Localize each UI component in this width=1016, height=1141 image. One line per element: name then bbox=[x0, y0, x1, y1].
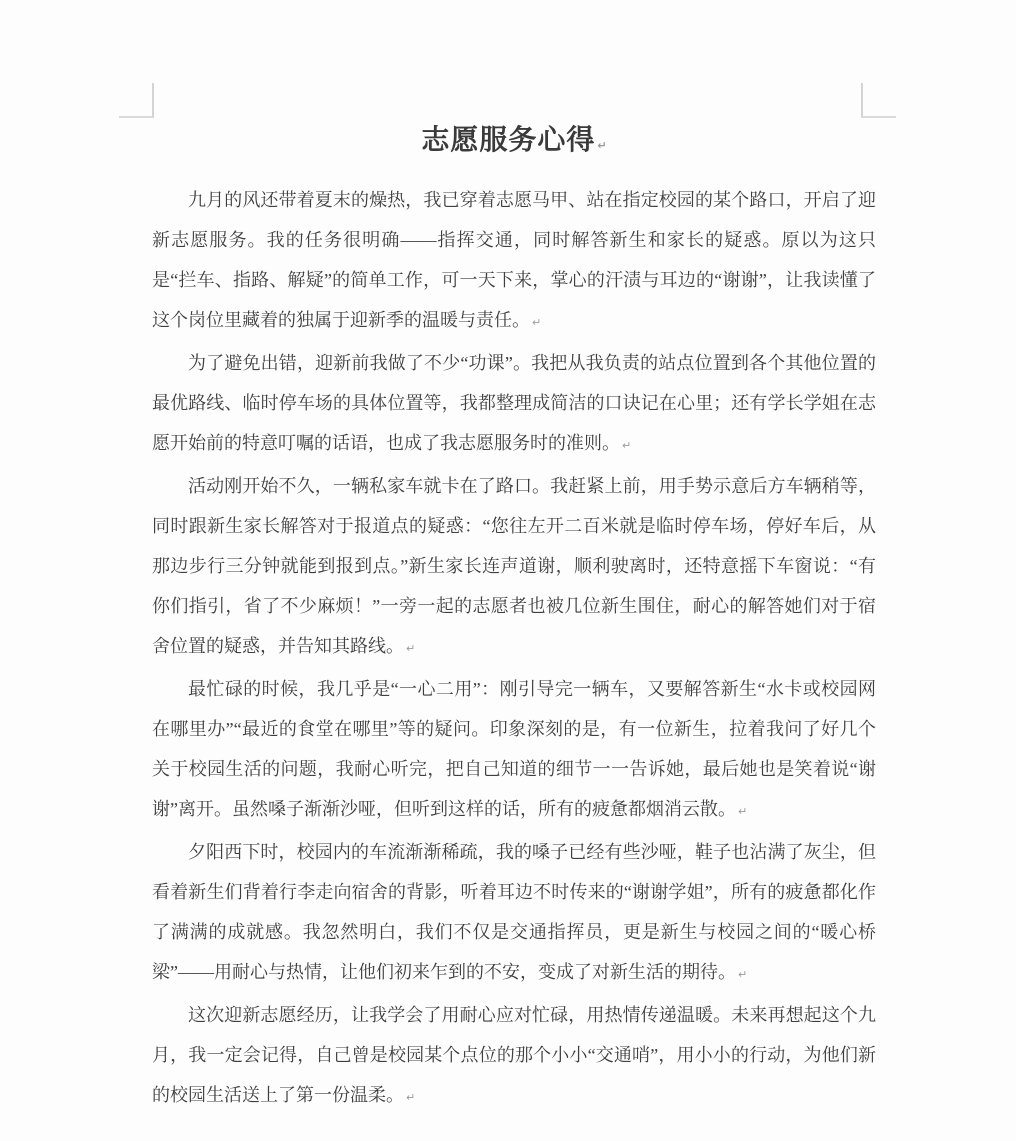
document-title-text: 志愿服务心得 bbox=[421, 125, 595, 156]
paragraph: 夕阳西下时，校园内的车流渐渐稀疏，我的嗓子已经有些沙哑，鞋子也沾满了灰尘，但看着… bbox=[152, 832, 876, 995]
document-page: 志愿服务心得↵ 九月的风还带着夏末的燥热，我已穿着志愿马甲、站在指定校园的某个路… bbox=[0, 0, 1016, 1141]
paragraph: 这次迎新志愿经历，让我学会了用耐心应对忙碌，用热情传递温暖。未来再想起这个九月，… bbox=[152, 995, 876, 1118]
paragraph-mark: ↵ bbox=[738, 805, 747, 818]
paragraph-text: 为了避免出错，迎新前我做了不少“功课”。我把从我负责的站点位置到各个其他位置的最… bbox=[152, 353, 876, 453]
paragraph-mark: ↵ bbox=[738, 968, 747, 981]
paragraph-mark: ↵ bbox=[532, 316, 541, 329]
paragraph-mark: ↵ bbox=[406, 642, 415, 655]
paragraph: 九月的风还带着夏末的燥热，我已穿着志愿马甲、站在指定校园的某个路口，开启了迎新志… bbox=[152, 180, 876, 343]
paragraph: 为了避免出错，迎新前我做了不少“功课”。我把从我负责的站点位置到各个其他位置的最… bbox=[152, 343, 876, 466]
paragraph-text: 活动刚开始不久，一辆私家车就卡在了路口。我赶紧上前，用手势示意后方车辆稍等，同时… bbox=[152, 476, 876, 656]
paragraph-text: 夕阳西下时，校园内的车流渐渐稀疏，我的嗓子已经有些沙哑，鞋子也沾满了灰尘，但看着… bbox=[152, 842, 876, 982]
text-boundary-mark-top-left bbox=[119, 83, 154, 118]
paragraph-text: 最忙碌的时候，我几乎是“一心二用”：刚引导完一辆车，又要解答新生“水卡或校园网在… bbox=[152, 679, 876, 819]
document-title: 志愿服务心得↵ bbox=[152, 126, 876, 161]
paragraph: 活动刚开始不久，一辆私家车就卡在了路口。我赶紧上前，用手势示意后方车辆稍等，同时… bbox=[152, 466, 876, 669]
paragraph: 最忙碌的时候，我几乎是“一心二用”：刚引导完一辆车，又要解答新生“水卡或校园网在… bbox=[152, 669, 876, 832]
paragraph-text: 九月的风还带着夏末的燥热，我已穿着志愿马甲、站在指定校园的某个路口，开启了迎新志… bbox=[152, 190, 876, 330]
paragraph-mark: ↵ bbox=[622, 439, 631, 452]
paragraph-mark: ↵ bbox=[597, 139, 606, 152]
paragraph-mark: ↵ bbox=[406, 1091, 415, 1104]
document-body: 九月的风还带着夏末的燥热，我已穿着志愿马甲、站在指定校园的某个路口，开启了迎新志… bbox=[152, 180, 876, 1118]
paragraph-text: 这次迎新志愿经历，让我学会了用耐心应对忙碌，用热情传递温暖。未来再想起这个九月，… bbox=[152, 1005, 876, 1105]
document-content: 志愿服务心得↵ 九月的风还带着夏末的燥热，我已穿着志愿马甲、站在指定校园的某个路… bbox=[152, 0, 876, 1118]
